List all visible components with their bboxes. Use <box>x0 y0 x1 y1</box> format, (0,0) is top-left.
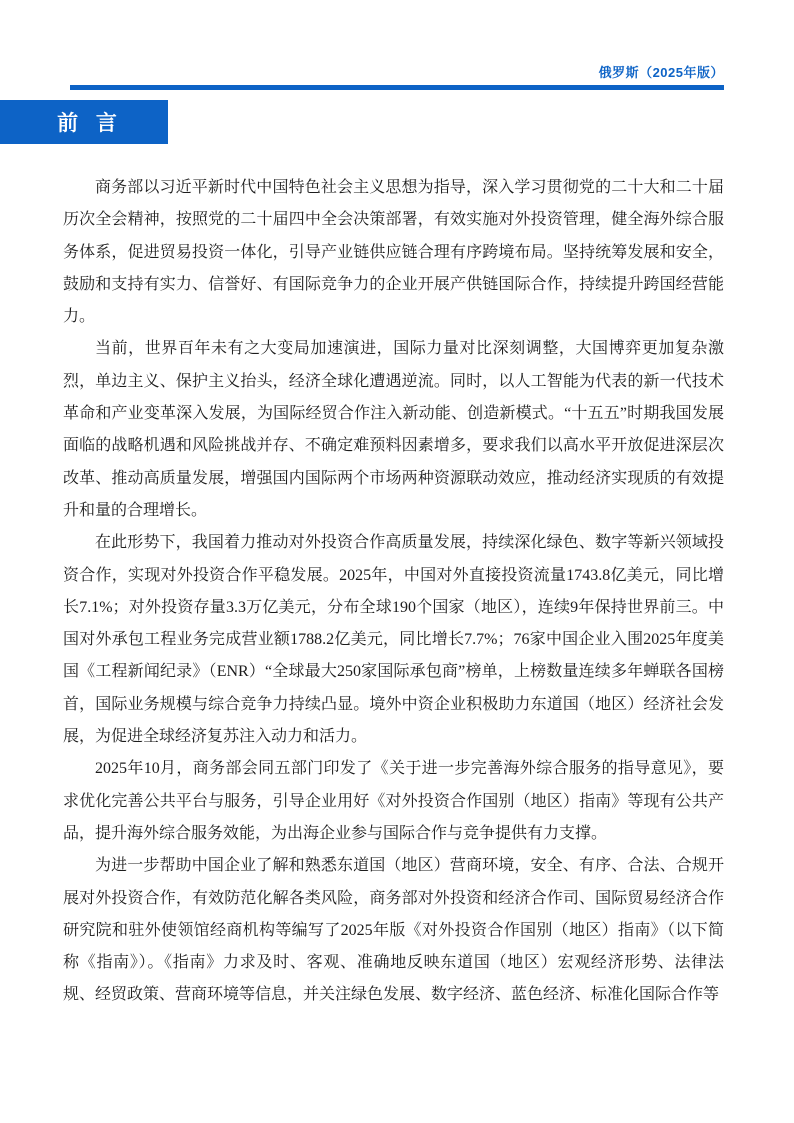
preface-body: 商务部以习近平新时代中国特色社会主义思想为指导，深入学习贯彻党的二十大和二十届历… <box>63 172 724 1012</box>
preface-paragraph: 在此形势下，我国着力推动对外投资合作高质量发展，持续深化绿色、数字等新兴领域投资… <box>63 527 724 753</box>
preface-paragraph: 为进一步帮助中国企业了解和熟悉东道国（地区）营商环境，安全、有序、合法、合规开展… <box>63 850 724 1011</box>
section-title-box: 前 言 <box>0 100 168 144</box>
preface-paragraph: 商务部以习近平新时代中国特色社会主义思想为指导，深入学习贯彻党的二十大和二十届历… <box>63 172 724 333</box>
header-divider-rule <box>70 85 724 90</box>
section-title: 前 言 <box>57 107 123 137</box>
preface-paragraph: 当前，世界百年未有之大变局加速演进，国际力量对比深刻调整，大国博弈更加复杂激烈，… <box>63 333 724 527</box>
document-page: 俄罗斯（2025年版） 前 言 商务部以习近平新时代中国特色社会主义思想为指导，… <box>0 0 794 1123</box>
preface-paragraph: 2025年10月，商务部会同五部门印发了《关于进一步完善海外综合服务的指导意见》… <box>63 753 724 850</box>
page-header-country-edition: 俄罗斯（2025年版） <box>599 62 724 81</box>
